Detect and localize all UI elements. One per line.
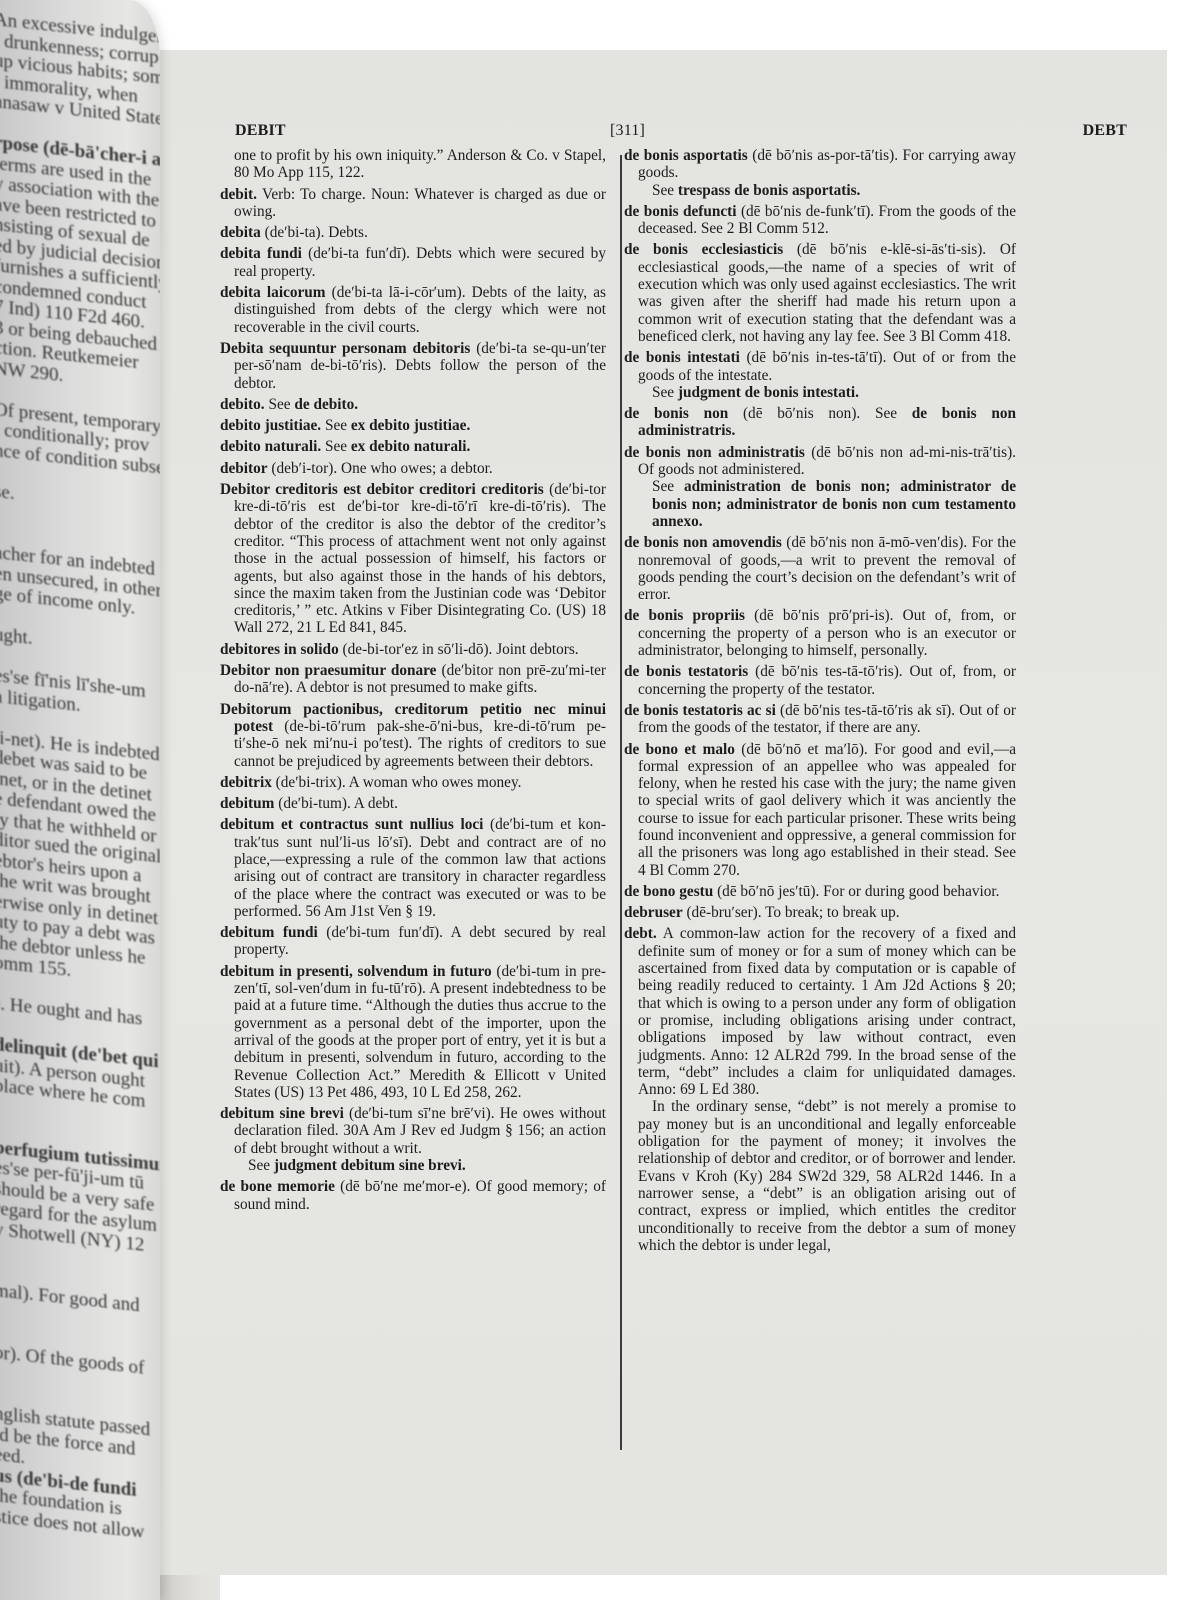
entry-definition: (deʹbi-ta). Debts. <box>261 224 368 241</box>
guide-word-left: DEBIT <box>235 122 286 140</box>
cross-reference: trespass de bonis asportatis. <box>678 182 860 199</box>
dictionary-entry: debt. A common-law action for the recove… <box>624 925 1016 1254</box>
dictionary-entry: one to profit by his own iniquity.” Ande… <box>220 147 606 182</box>
entry-definition: (deʹbi-tum). A debt. <box>274 795 398 812</box>
previous-page-line-text: eed. <box>0 1445 25 1468</box>
dictionary-entry: debito. See de debito. <box>220 396 606 413</box>
dictionary-entry: de bonis propriis (dē bōʹnis prōʹpri-is)… <box>624 607 1016 659</box>
dictionary-entry: debit. Verb: To charge. Noun: Whatever i… <box>220 186 606 221</box>
entry-headword: Debitor non praesumitur donare <box>220 662 436 679</box>
dictionary-page: DEBIT [311] DEBT one to profit by his ow… <box>160 50 1167 1575</box>
see-also: See judgment debitum sine brevi. <box>234 1157 606 1174</box>
entry-definition: (dē-bruʹser). To break; to break up. <box>683 904 900 921</box>
entry-definition: (de-bi-tōʹrum pak-she-ōʹni-bus, kre-di-t… <box>234 718 606 770</box>
cross-reference: judgment debitum sine brevi. <box>274 1157 466 1174</box>
see-also-prefix: See <box>652 478 684 495</box>
dictionary-entry: de bone memorie (dē bōʹne meʹmor-e). Of … <box>220 1178 606 1213</box>
entry-headword: de bonis non <box>624 405 728 422</box>
dictionary-entry: debitum fundi (deʹbi-tum funʹdī). A debt… <box>220 924 606 959</box>
dictionary-entry: debitum et contractus sunt nullius loci … <box>220 816 606 920</box>
entry-headword: de bonis testatoris ac si <box>624 702 776 719</box>
previous-page-text: An excessive indulgence; drunkenness; co… <box>0 10 160 1545</box>
entry-headword: debt. <box>624 925 657 942</box>
entry-headword: debitum <box>220 795 274 812</box>
dictionary-entry: debitum sine brevi (deʹbi-tum sīʹne brēʹ… <box>220 1105 606 1174</box>
dictionary-entry: de bonis non amovendis (dē bōʹnis non ā-… <box>624 534 1016 603</box>
book-photo: An excessive indulgence; drunkenness; co… <box>0 0 1200 1600</box>
dictionary-entry: debita laicorum (deʹbi-ta lā-i-cōrʹum). … <box>220 284 606 336</box>
entry-headword: debit. <box>220 186 257 203</box>
dictionary-entry: de bono gestu (dē bōʹnō jesʹtū). For or … <box>624 883 1016 900</box>
entry-headword: debruser <box>624 904 683 921</box>
entry-headword: debita fundi <box>220 245 302 262</box>
entry-definition: one to profit by his own iniquity.” Ande… <box>234 147 606 181</box>
see-also: See trespass de bonis asportatis. <box>638 182 1016 199</box>
entry-headword: debitum et contractus sunt nullius loci <box>220 816 483 833</box>
entry-headword: debitum fundi <box>220 924 318 941</box>
cross-reference: ex debito justitiae. <box>351 417 470 434</box>
page-number: [311] <box>610 122 645 140</box>
dictionary-entry: de bonis non administratis (dē bōʹnis no… <box>624 444 1016 530</box>
entry-definition: See <box>321 438 351 455</box>
entry-headword: debitor <box>220 460 268 477</box>
entry-definition: (deʹbi-trix). A woman who owes money. <box>272 774 522 791</box>
entry-headword: Debita sequuntur personam debitoris <box>220 340 470 357</box>
entry-headword: debito. <box>220 396 265 413</box>
entry-headword: debitores in solido <box>220 641 339 658</box>
entry-headword: debito justitiae. <box>220 417 321 434</box>
entry-headword: de bonis non administratis <box>624 444 805 461</box>
see-also: See administration de bonis non; adminis… <box>638 478 1016 530</box>
entry-definition: (dē bōʹnis non). See <box>728 405 912 422</box>
dictionary-entry: debitores in solido (de-bi-torʹez in sōʹ… <box>220 641 606 658</box>
dictionary-entry: debitor (debʹi-tor). One who owes; a deb… <box>220 460 606 477</box>
entry-headword: debito naturali. <box>220 438 321 455</box>
dictionary-entry: Debitorum pactionibus, creditorum petiti… <box>220 701 606 770</box>
dictionary-entry: debito justitiae. See ex debito justitia… <box>220 417 606 434</box>
dictionary-entry: Debitor creditoris est debitor creditori… <box>220 481 606 637</box>
entry-headword: de bonis testatoris <box>624 663 748 680</box>
entry-definition: Verb: To charge. Noun: Whatever is charg… <box>234 186 606 220</box>
dictionary-entry: de bonis testatoris ac si (dē bōʹnis tes… <box>624 702 1016 737</box>
dictionary-entry: debitrix (deʹbi-trix). A woman who owes … <box>220 774 606 791</box>
dictionary-entry: Debita sequuntur personam debitoris (deʹ… <box>220 340 606 392</box>
previous-page-line-text: se. <box>0 482 15 504</box>
dictionary-entry: de bonis non (dē bōʹnis non). See de bon… <box>624 405 1016 440</box>
entry-headword: de bono gestu <box>624 883 713 900</box>
entry-headword: de bonis intestati <box>624 349 740 366</box>
entry-headword: debitum in presenti, solvendum in futuro <box>220 963 492 980</box>
dictionary-entry: debita (deʹbi-ta). Debts. <box>220 224 606 241</box>
dictionary-entry: Debitor non praesumitur donare (deʹbitor… <box>220 662 606 697</box>
dictionary-entry: de bonis defuncti (dē bōʹnis de-funkʹtī)… <box>624 203 1016 238</box>
guide-word-right: DEBT <box>1083 122 1127 140</box>
entry-headword: debitum sine brevi <box>220 1105 344 1122</box>
dictionary-entry: debitum (deʹbi-tum). A debt. <box>220 795 606 812</box>
entry-definition: (deʹbi-tum in pre-zenʹtī, sol-venʹdum in… <box>234 963 606 1101</box>
entry-definition: (de-bi-torʹez in sōʹli-dō). Joint debtor… <box>339 641 579 658</box>
cross-reference: de debito. <box>294 396 358 413</box>
entry-headword: debita <box>220 224 261 241</box>
cross-reference: ex debito naturali. <box>351 438 470 455</box>
entry-definition: (deʹbi-tor kre-di-tōʹris est deʹbi-tor k… <box>234 481 606 636</box>
dictionary-entry: debita fundi (deʹbi-ta funʹdī). Debts wh… <box>220 245 606 280</box>
entry-headword: de bonis defuncti <box>624 203 737 220</box>
right-column: de bonis asportatis (dē bōʹnis as-por-tā… <box>616 147 1016 1258</box>
entry-definition: (debʹi-tor). One who owes; a debtor. <box>268 460 493 477</box>
entry-headword: de bonis non amovendis <box>624 534 782 551</box>
left-column: one to profit by his own iniquity.” Ande… <box>220 147 606 1217</box>
entry-headword: de bonis asportatis <box>624 147 748 164</box>
see-also: See judgment de bonis intestati. <box>638 384 1016 401</box>
dictionary-entry: debruser (dē-bruʹser). To break; to brea… <box>624 904 1016 921</box>
entry-definition: See <box>265 396 295 413</box>
entry-headword: de bonis ecclesiasticis <box>624 241 783 258</box>
entry-definition: See <box>321 417 351 434</box>
see-also-prefix: See <box>248 1157 274 1174</box>
entry-headword: de bonis propriis <box>624 607 745 624</box>
dictionary-entry: de bono et malo (dē bōʹnō et maʹlō). For… <box>624 741 1016 879</box>
entry-paragraph: In the ordinary sense, “debt” is not mer… <box>638 1098 1016 1254</box>
entry-headword: debitrix <box>220 774 272 791</box>
dictionary-entry: de bonis ecclesiasticis (dē bōʹnis e-klē… <box>624 241 1016 345</box>
previous-page-curl: An excessive indulgence; drunkenness; co… <box>0 0 160 1600</box>
previous-page-line-text: ught. <box>0 625 33 649</box>
dictionary-entry: de bonis asportatis (dē bōʹnis as-por-tā… <box>624 147 1016 199</box>
entry-definition: (dē bōʹnō jesʹtū). For or during good be… <box>713 883 999 900</box>
dictionary-entry: de bonis testatoris (dē bōʹnis tes-tā-tō… <box>624 663 1016 698</box>
entry-headword: debita laicorum <box>220 284 326 301</box>
running-head: DEBIT [311] DEBT <box>235 122 1127 146</box>
dictionary-entry: debitum in presenti, solvendum in futuro… <box>220 963 606 1101</box>
see-also-prefix: See <box>652 182 678 199</box>
entry-headword: Debitor creditoris est debitor creditori… <box>220 481 544 498</box>
entry-headword: de bono et malo <box>624 741 735 758</box>
cross-reference: administration de bonis non; administrat… <box>652 478 1016 530</box>
entry-definition: A common-law action for the recovery of … <box>638 925 1016 1098</box>
dictionary-entry: de bonis intestati (dē bōʹnis in-tes-tāʹ… <box>624 349 1016 401</box>
cross-reference: judgment de bonis intestati. <box>678 384 859 401</box>
entry-headword: de bone memorie <box>220 1178 335 1195</box>
dictionary-entry: debito naturali. See ex debito naturali. <box>220 438 606 455</box>
see-also-prefix: See <box>652 384 678 401</box>
entry-definition: (dē bōʹnō et maʹlō). For good and evil,—… <box>638 741 1016 879</box>
